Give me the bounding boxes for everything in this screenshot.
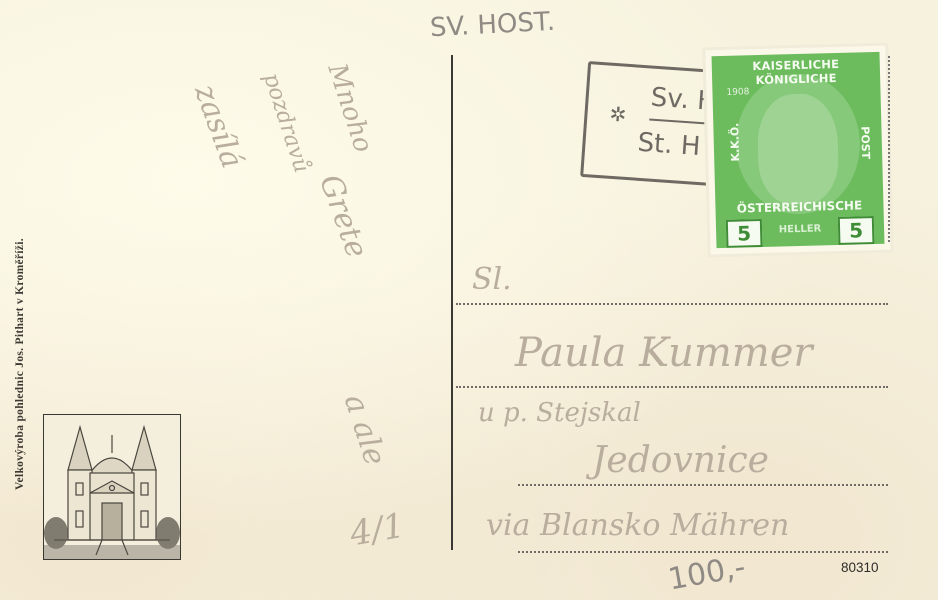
stamp-text-left: K.K.Ö. xyxy=(728,123,742,162)
postcard-back: Velkovýroba pohlednic Jos. Pithart v Kro… xyxy=(0,0,938,600)
stamp-design: KAISERLICHE KÖNIGLICHE 1908 K.K.Ö. POST … xyxy=(712,52,885,248)
emperor-portrait-icon xyxy=(757,93,840,205)
message-line: pozdravů xyxy=(258,70,314,176)
top-pencil-note: SV. HOST. xyxy=(429,7,555,44)
stamp-year: 1908 xyxy=(726,87,749,98)
publisher-imprint: Velkovýroba pohlednic Jos. Pithart v Kro… xyxy=(14,110,26,490)
address-salutation: Sl. xyxy=(472,262,512,297)
church-vignette xyxy=(43,414,181,560)
address-line-1 xyxy=(456,303,888,305)
address-route: via Blansko Mähren xyxy=(486,508,789,543)
address-line-3 xyxy=(518,484,888,486)
stamp-value-right: 5 xyxy=(838,216,875,245)
address-name: Paula Kummer xyxy=(515,330,813,376)
address-town: Jedovnice xyxy=(592,440,769,481)
stamp-denomination: HELLER xyxy=(766,223,834,236)
address-line-4 xyxy=(518,551,888,553)
price-pencil-note: 100,- xyxy=(666,550,749,598)
message-line: Grete xyxy=(312,170,374,263)
postmark-line2: St. H xyxy=(637,128,702,162)
center-divider xyxy=(451,55,453,550)
stamp-value-left: 5 xyxy=(726,219,763,248)
message-date: 4/1 xyxy=(347,506,408,555)
address-care-of: u p. Stejskal xyxy=(478,398,641,428)
postage-stamp: KAISERLICHE KÖNIGLICHE 1908 K.K.Ö. POST … xyxy=(705,46,890,255)
postmark-ornament-icon: ✲ xyxy=(609,102,627,127)
message-line: Mnoho xyxy=(321,60,378,156)
church-illustration-icon xyxy=(44,415,180,559)
stamp-box-perforation xyxy=(888,56,890,242)
postmark-rule xyxy=(649,118,709,124)
message-line: a ale xyxy=(337,390,393,470)
serial-number: 80310 xyxy=(841,560,879,575)
stamp-text-bottom: ÖSTERREICHISCHE xyxy=(715,198,883,216)
stamp-text-right: POST xyxy=(858,126,872,159)
message-line: zasílá xyxy=(187,80,249,173)
stamp-text-top: KAISERLICHE KÖNIGLICHE xyxy=(712,56,881,88)
address-line-2 xyxy=(456,386,888,388)
